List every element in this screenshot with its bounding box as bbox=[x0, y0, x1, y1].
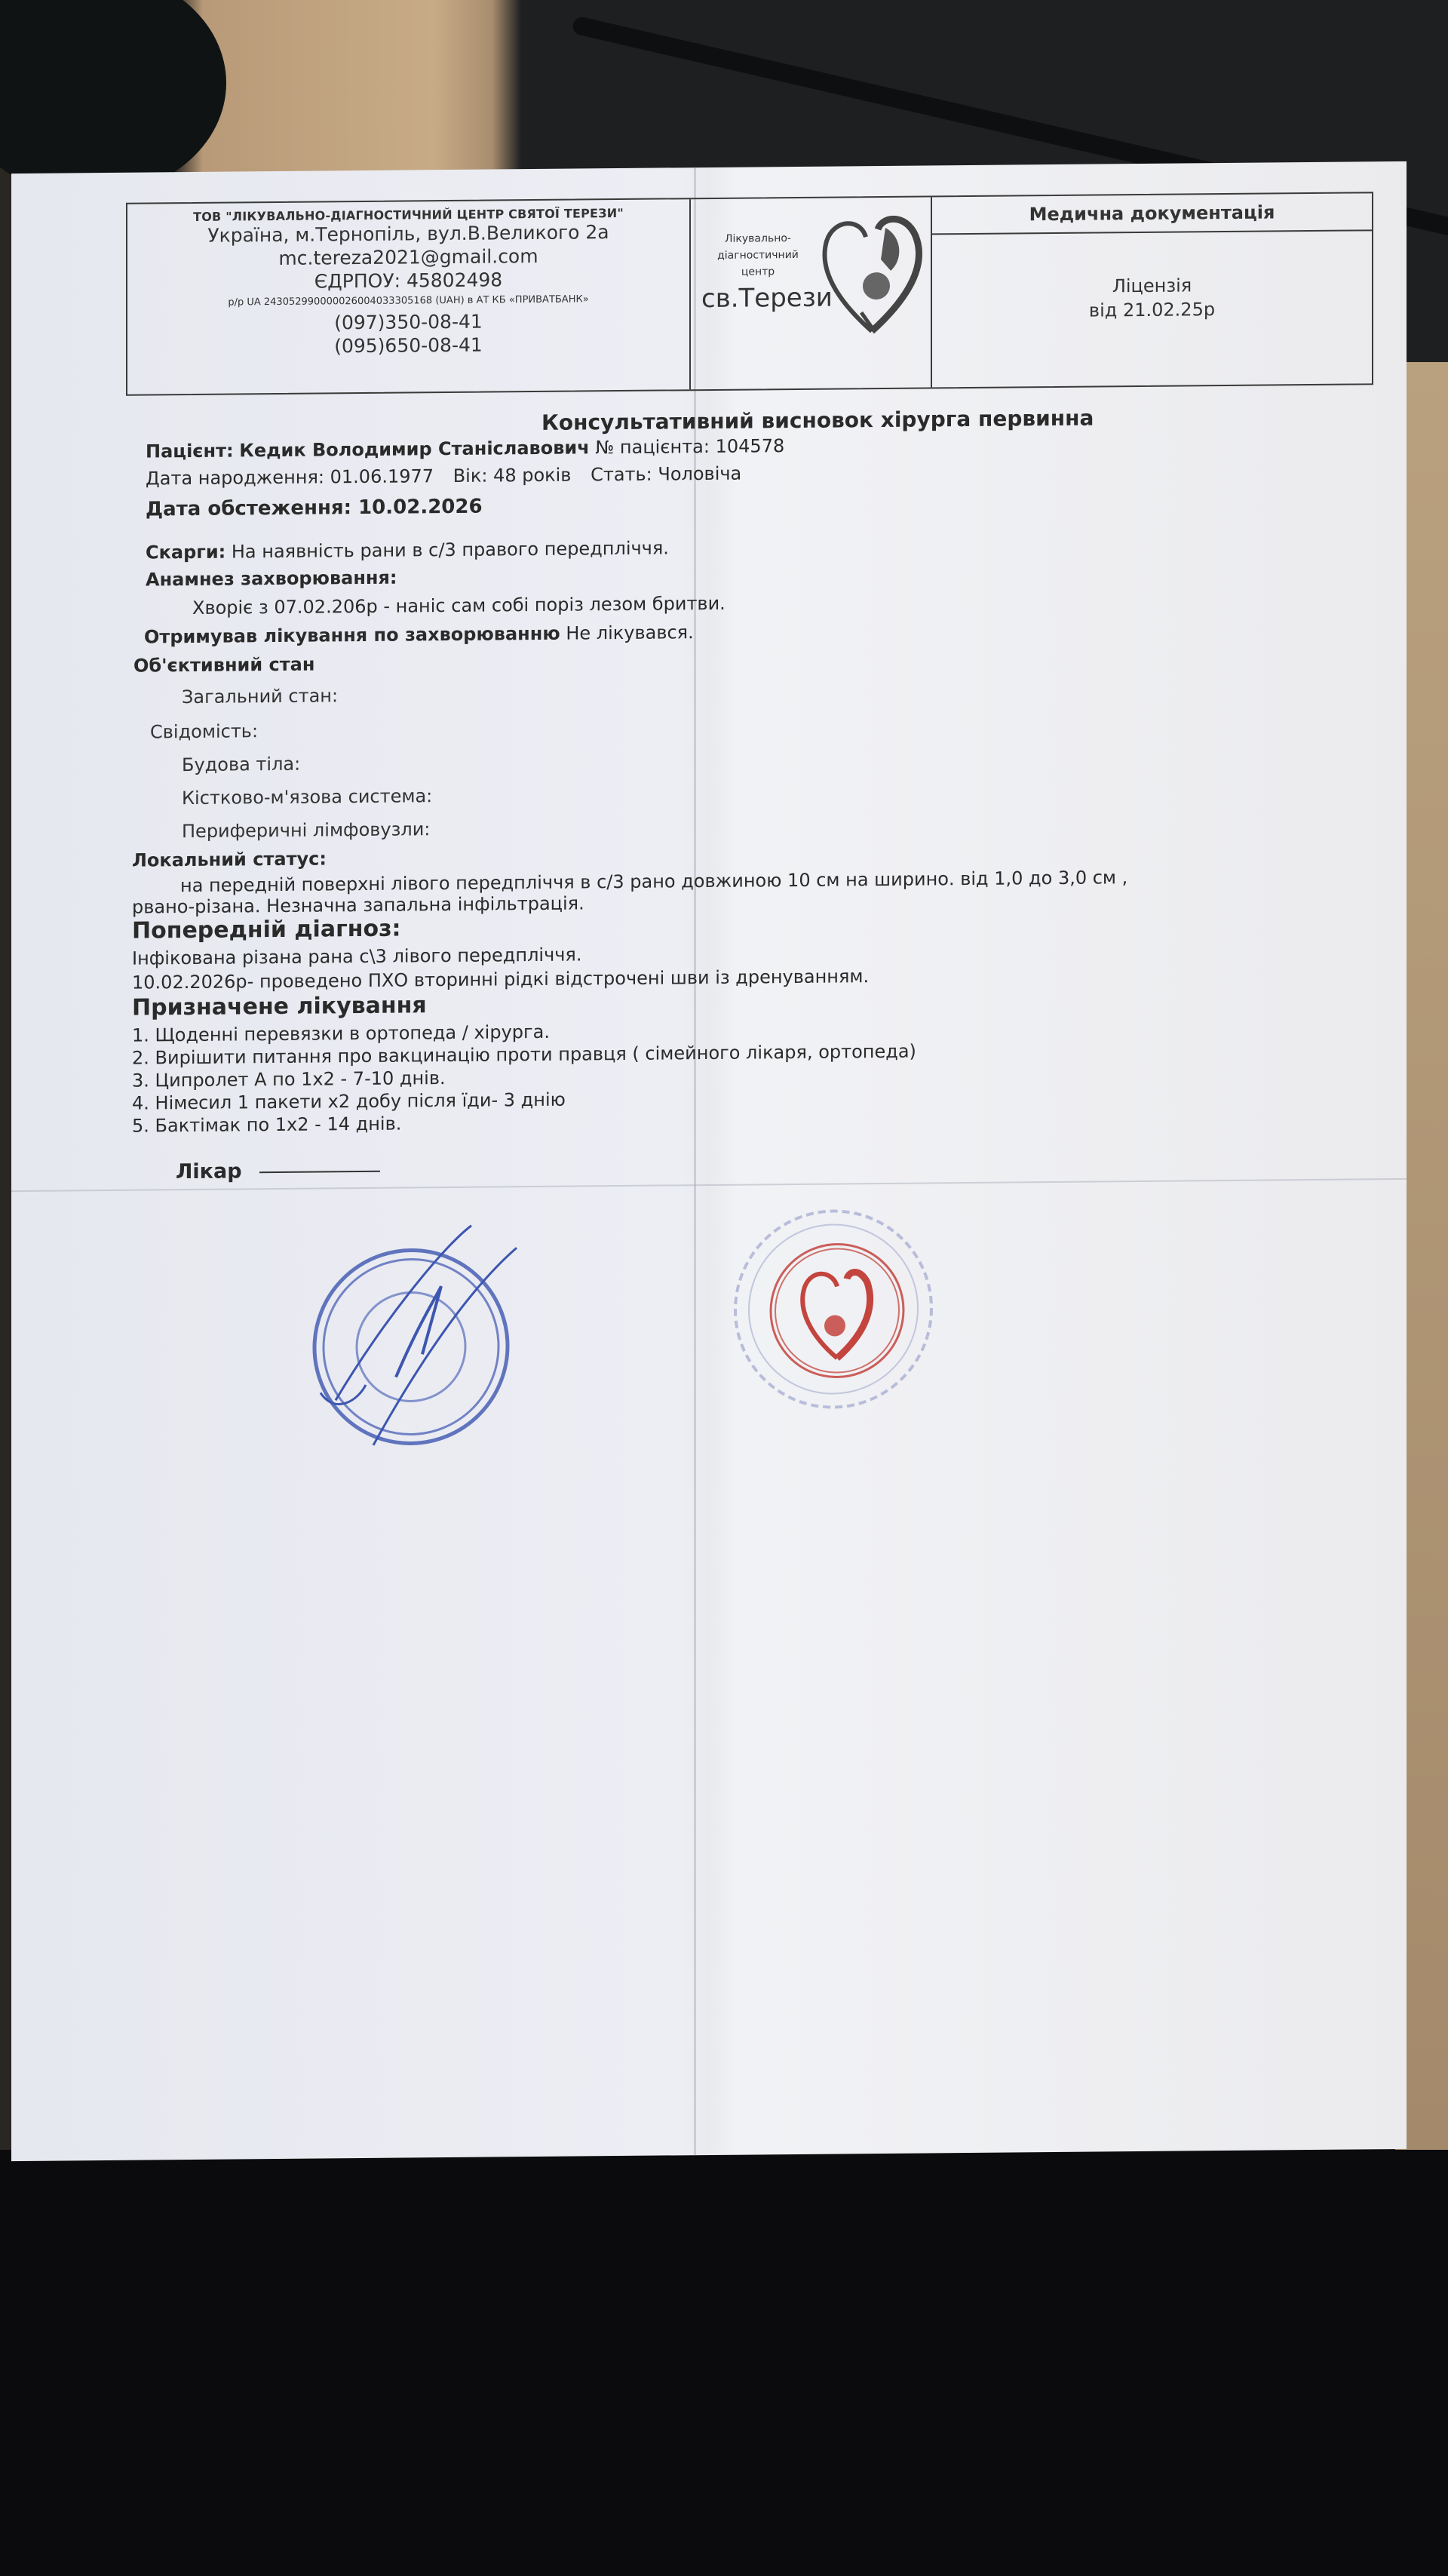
exam-date-value: 10.02.2026 bbox=[358, 496, 482, 519]
sex-value: Чоловіча bbox=[658, 463, 741, 485]
objective-label: Об'єктивний стан bbox=[133, 654, 314, 677]
patient-no: 104578 bbox=[716, 435, 785, 457]
prescribed-treatment-label: Призначене лікування bbox=[132, 992, 427, 1021]
heart-mother-child-icon bbox=[819, 207, 925, 343]
demographics-line: Дата народження: 01.06.1977 Вік: 48 рокі… bbox=[146, 463, 741, 490]
complaints-label: Скарги: bbox=[146, 542, 225, 563]
license-date: від 21.02.25р bbox=[1089, 297, 1215, 322]
prescription-item: 5. Бактімак по 1х2 - 14 днів. bbox=[132, 1113, 401, 1137]
doctor-signature-line: Лікар bbox=[176, 1159, 380, 1184]
treatment-received-line: Отримував лікування по захворюванню Не л… bbox=[144, 622, 694, 647]
logo-text: Лікувально- діагностичний центр св.Терез… bbox=[701, 230, 814, 314]
background-dark-area bbox=[0, 2150, 1448, 2576]
complaints-value: На наявність рани в с/3 правого передплі… bbox=[232, 537, 669, 562]
patient-line: Пацієнт: Кедик Володимир Станіславович №… bbox=[146, 435, 784, 462]
document-header: ТОВ "ЛІКУВАЛЬНО-ДІАГНОСТИЧНИЙ ЦЕНТР СВЯТ… bbox=[126, 192, 1373, 395]
exam-date-line: Дата обстеження: 10.02.2026 bbox=[146, 496, 483, 521]
clinic-phone-2: (095)650-08-41 bbox=[127, 331, 689, 360]
dob-value: 01.06.1977 bbox=[330, 465, 434, 487]
logo-name: св.Терези bbox=[701, 283, 814, 314]
license-label: Ліцензія bbox=[1112, 273, 1192, 298]
prescription-item: 4. Німесил 1 пакети х2 добу після їди- 3… bbox=[132, 1089, 566, 1114]
sex-label: Стать: bbox=[591, 464, 652, 486]
clinic-stamp-icon bbox=[713, 1187, 954, 1431]
objective-body-build: Будова тіла: bbox=[182, 754, 300, 775]
license-info: Ліцензія від 21.02.25р bbox=[932, 208, 1372, 387]
objective-musculoskeletal: Кістково-м'язова система: bbox=[182, 785, 432, 809]
treatment-received-label: Отримував лікування по захворюванню bbox=[144, 623, 560, 648]
objective-consciousness: Свідомість: bbox=[150, 720, 258, 742]
anamnesis-value: Хворіє з 07.02.206р - наніс сам собі пор… bbox=[192, 593, 726, 619]
patient-label: Пацієнт: bbox=[146, 441, 234, 462]
local-status-label: Локальний статус: bbox=[132, 848, 327, 870]
age-value: 48 років bbox=[493, 465, 571, 487]
treatment-received-value: Не лікувався. bbox=[566, 622, 693, 643]
diagnosis-line-1: Інфікована різана рана с\3 лівого передп… bbox=[132, 944, 582, 969]
clinic-address: Україна, м.Тернопіль, вул.В.Великого 2а bbox=[127, 220, 689, 248]
signature-underline bbox=[259, 1171, 380, 1173]
document-type-panel: Медична документація Ліцензія від 21.02.… bbox=[932, 193, 1372, 387]
age-label: Вік: bbox=[453, 465, 488, 487]
document-title: Консультативний висновок хірурга первинн… bbox=[541, 406, 1094, 435]
dob-label: Дата народження: bbox=[146, 466, 324, 489]
diagnosis-line-2: 10.02.2026р- проведено ПХО вторинні рідк… bbox=[132, 966, 869, 993]
logo-line-1: Лікувально- bbox=[701, 230, 814, 247]
logo-line-3: центр bbox=[701, 263, 814, 281]
local-status-line-2: рвано-різана. Незначна запальна інфільтр… bbox=[132, 892, 584, 917]
local-status-line-1: на передній поверхні лівого передпліччя … bbox=[180, 867, 1127, 896]
diagnosis-label: Попередній діагноз: bbox=[132, 916, 401, 944]
prescription-item: 1. Щоденні перевязки в ортопеда / хірург… bbox=[132, 1021, 550, 1046]
clinic-logo: Лікувально- діагностичний центр св.Терез… bbox=[691, 197, 932, 389]
patient-no-label: № пацієнта: bbox=[595, 436, 710, 458]
anamnesis-label: Анамнез захворювання: bbox=[146, 567, 397, 591]
objective-lymph-nodes: Периферичні лімфовузли: bbox=[182, 818, 430, 842]
logo-line-2: діагностичний bbox=[701, 247, 814, 264]
doctor-label: Лікар bbox=[176, 1159, 242, 1184]
objective-general-state: Загальний стан: bbox=[182, 685, 338, 708]
document-body: Консультативний висновок хірурга первинн… bbox=[123, 404, 1330, 414]
prescription-item: 3. Ципролет А по 1х2 - 7-10 днів. bbox=[132, 1067, 446, 1091]
exam-date-label: Дата обстеження: bbox=[146, 496, 351, 520]
medical-document-paper: ТОВ "ЛІКУВАЛЬНО-ДІАГНОСТИЧНИЙ ЦЕНТР СВЯТ… bbox=[11, 161, 1407, 2161]
patient-name: Кедик Володимир Станіславович bbox=[239, 437, 589, 461]
clinic-info: ТОВ "ЛІКУВАЛЬНО-ДІАГНОСТИЧНИЙ ЦЕНТР СВЯТ… bbox=[127, 199, 691, 395]
doctor-stamp-icon bbox=[290, 1202, 539, 1461]
complaints-line: Скарги: На наявність рани в с/3 правого … bbox=[146, 537, 669, 563]
